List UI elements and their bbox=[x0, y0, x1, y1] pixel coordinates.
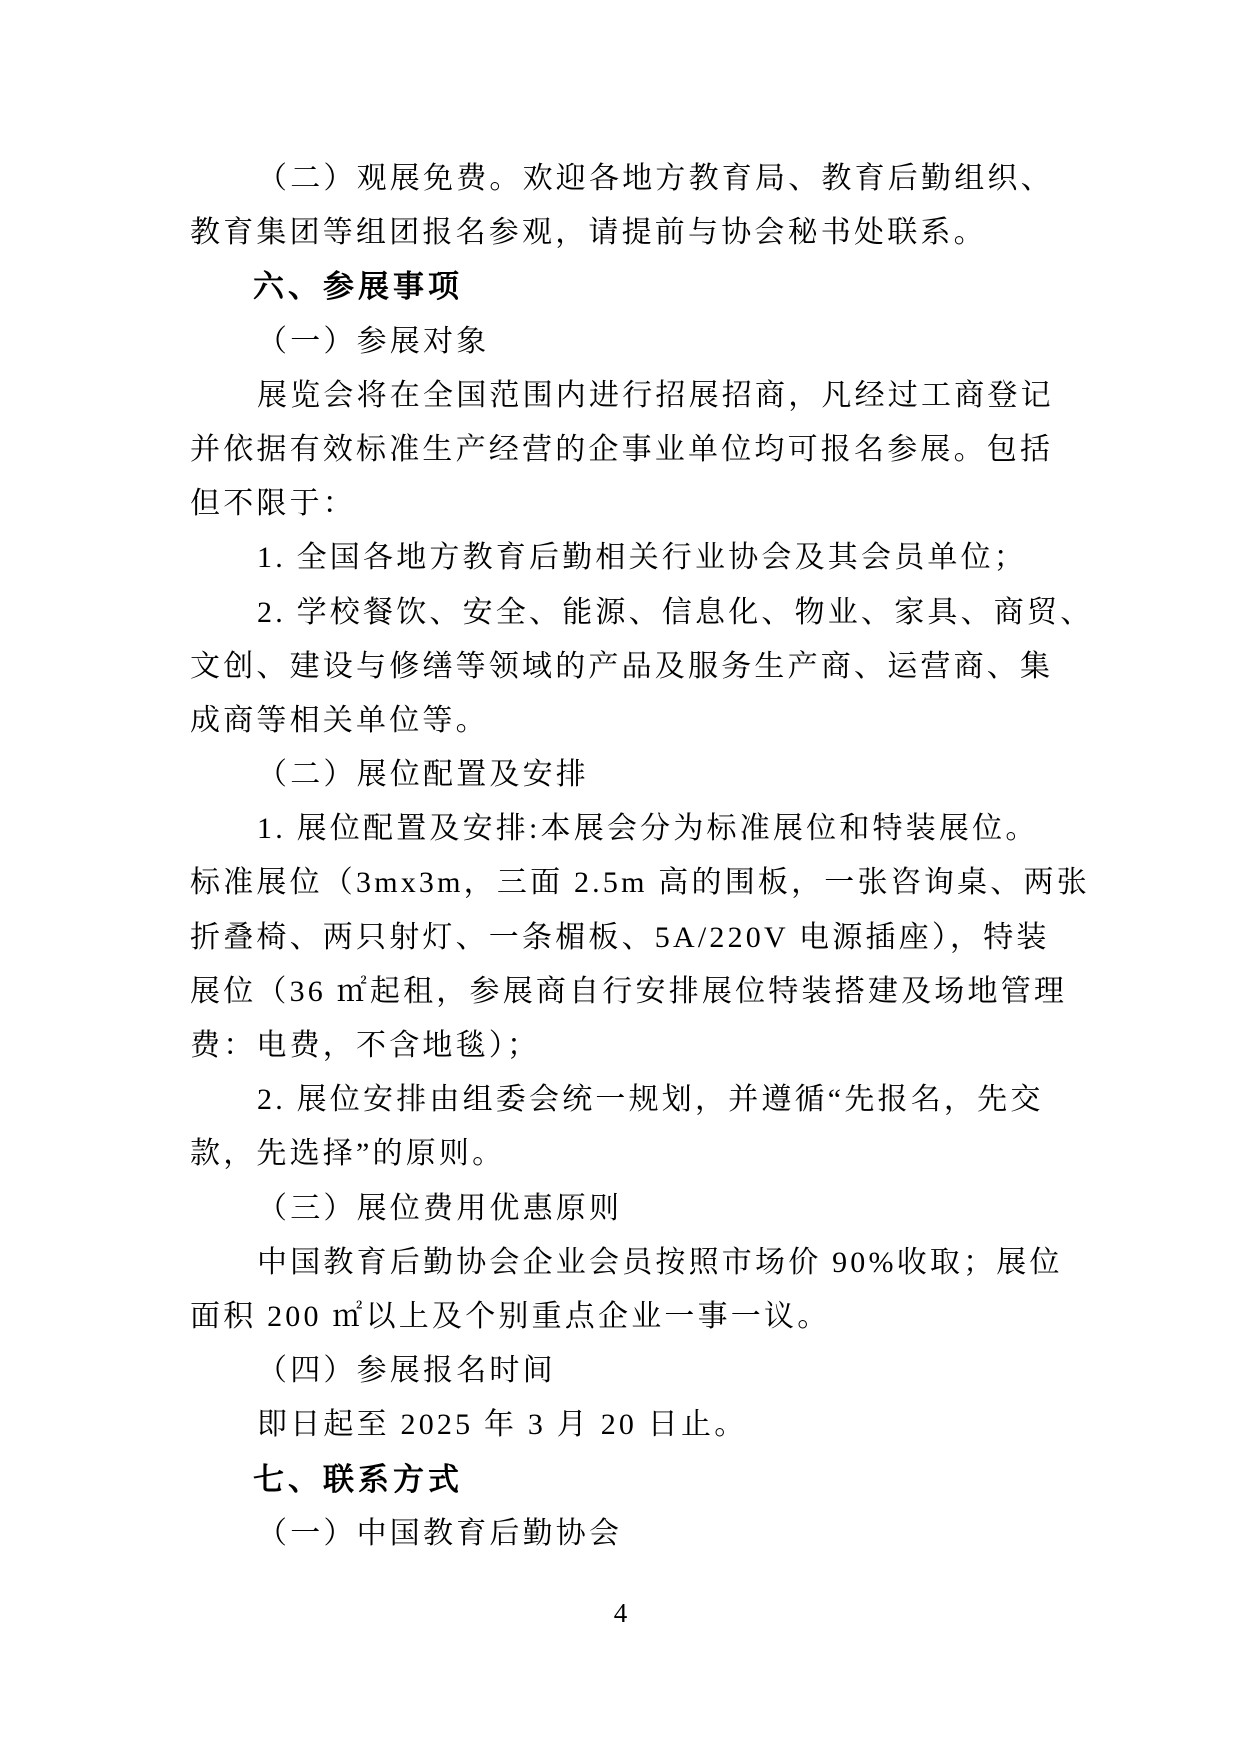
text-line: 成商等相关单位等。 bbox=[190, 694, 1070, 748]
text-line: 展览会将在全国范围内进行招展招商，凡经过工商登记 bbox=[190, 369, 1070, 423]
document-body: （二）观展免费。欢迎各地方教育局、教育后勤组织、教育集团等组团报名参观，请提前与… bbox=[190, 152, 1070, 1561]
text-line: 1. 展位配置及安排:本展会分为标准展位和特装展位。 bbox=[190, 802, 1070, 856]
text-line: 标准展位（3mx3m，三面 2.5m 高的围板，一张咨询桌、两张 bbox=[190, 856, 1070, 910]
text-line: 即日起至 2025 年 3 月 20 日止。 bbox=[190, 1398, 1070, 1452]
text-line: （二）展位配置及安排 bbox=[190, 748, 1070, 802]
text-line: 折叠椅、两只射灯、一条楣板、5A/220V 电源插座），特装 bbox=[190, 911, 1070, 965]
text-line: （二）观展免费。欢迎各地方教育局、教育后勤组织、 bbox=[190, 152, 1070, 206]
text-line: 款，先选择”的原则。 bbox=[190, 1127, 1070, 1181]
text-line: 文创、建设与修缮等领域的产品及服务生产商、运营商、集 bbox=[190, 640, 1070, 694]
text-line: 展位（36 ㎡起租，参展商自行安排展位特装搭建及场地管理 bbox=[190, 965, 1070, 1019]
text-line: （四）参展报名时间 bbox=[190, 1344, 1070, 1398]
text-line: 2. 学校餐饮、安全、能源、信息化、物业、家具、商贸、 bbox=[190, 586, 1070, 640]
document-page: （二）观展免费。欢迎各地方教育局、教育后勤组织、教育集团等组团报名参观，请提前与… bbox=[0, 0, 1241, 1755]
section-heading: 六、参展事项 bbox=[190, 260, 1070, 314]
page-number: 4 bbox=[0, 1598, 1241, 1628]
text-line: 1. 全国各地方教育后勤相关行业协会及其会员单位； bbox=[190, 531, 1070, 585]
text-line: （一）中国教育后勤协会 bbox=[190, 1507, 1070, 1561]
text-line: （一）参展对象 bbox=[190, 315, 1070, 369]
text-line: 面积 200 ㎡以上及个别重点企业一事一议。 bbox=[190, 1290, 1070, 1344]
text-line: （三）展位费用优惠原则 bbox=[190, 1182, 1070, 1236]
text-line: 但不限于： bbox=[190, 477, 1070, 531]
text-line: 中国教育后勤协会企业会员按照市场价 90%收取；展位 bbox=[190, 1236, 1070, 1290]
text-line: 并依据有效标准生产经营的企事业单位均可报名参展。包括 bbox=[190, 423, 1070, 477]
text-line: 费：电费，不含地毯）； bbox=[190, 1019, 1070, 1073]
text-line: 2. 展位安排由组委会统一规划，并遵循“先报名，先交 bbox=[190, 1073, 1070, 1127]
text-line: 教育集团等组团报名参观，请提前与协会秘书处联系。 bbox=[190, 206, 1070, 260]
section-heading: 七、联系方式 bbox=[190, 1453, 1070, 1507]
